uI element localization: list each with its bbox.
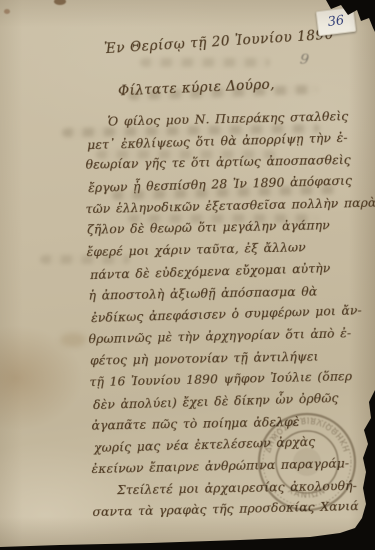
paper-stain bbox=[60, 333, 86, 347]
scan-background: Ἐν Θερίσῳ τῇ 20 Ἰουνίου 1890 9 Φίλτατε κ… bbox=[0, 0, 375, 550]
stamp-arc-bottom-text: ΧΑΝΙΩΝ bbox=[286, 485, 327, 500]
paper-speck bbox=[4, 9, 10, 14]
handwritten-line: φέτος μὴ μονοτονίαν τῇ ἀντιλήψει bbox=[90, 345, 371, 372]
library-stamp-icon: ΔΗΜΟΣΙΑ ΒΙΒΛΙΟΘΗΚΗ ΧΑΝΙΩΝ bbox=[255, 410, 359, 514]
paper-speck bbox=[54, 0, 66, 5]
archive-number: 36 bbox=[327, 13, 345, 30]
ink-bleed-ghost bbox=[140, 58, 270, 67]
svg-text:ΧΑΝΙΩΝ: ΧΑΝΙΩΝ bbox=[286, 485, 327, 500]
manuscript-paper: Ἐν Θερίσῳ τῇ 20 Ἰουνίου 1890 9 Φίλτατε κ… bbox=[0, 0, 375, 550]
pencil-mark: 9 bbox=[299, 52, 310, 69]
archive-number-label: 36 bbox=[316, 7, 357, 36]
